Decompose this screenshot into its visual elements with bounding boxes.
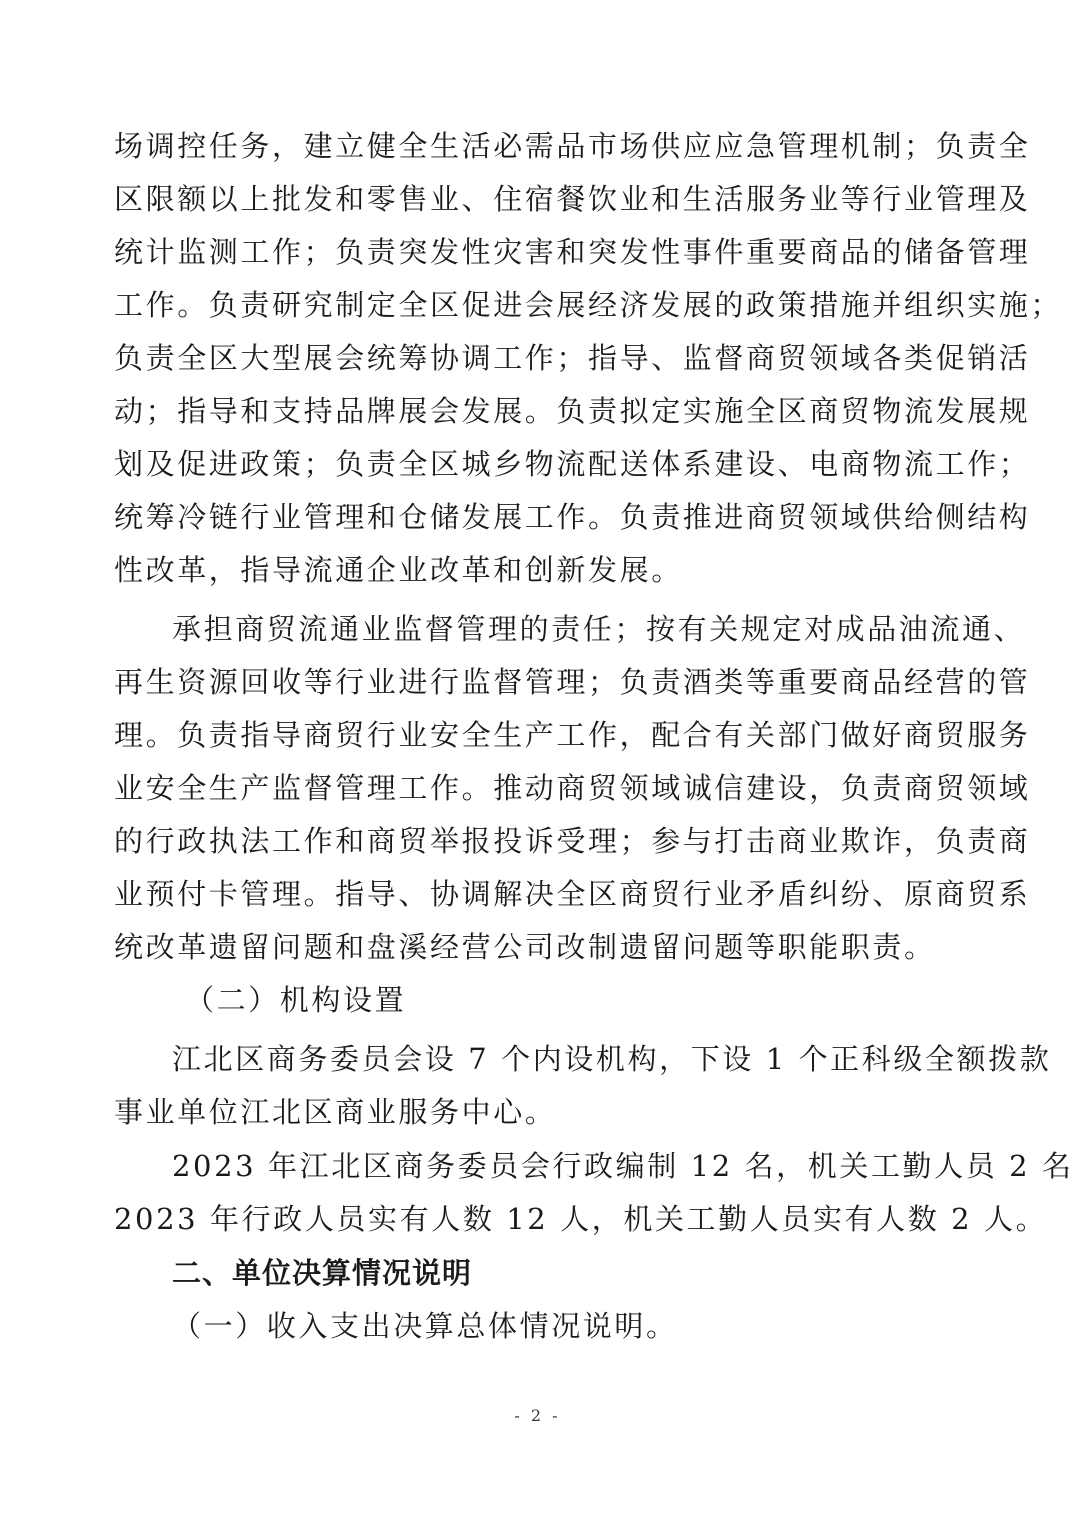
paragraph-line: 再生资源回收等行业进行监督管理；负责酒类等重要商品经营的管 <box>114 662 954 702</box>
paragraph-line: 业安全生产监督管理工作。推动商贸领域诚信建设，负责商贸领域 <box>114 768 954 808</box>
paragraph-line: 动；指导和支持品牌展会发展。负责拟定实施全区商贸物流发展规 <box>114 391 954 431</box>
paragraph-line: 理。负责指导商贸行业安全生产工作，配合有关部门做好商贸服务 <box>114 715 954 755</box>
paragraph-line: 划及促进政策；负责全区城乡物流配送体系建设、电商物流工作； <box>114 444 954 484</box>
paragraph-line: 性改革，指导流通企业改革和创新发展。 <box>114 550 954 590</box>
paragraph-line: 的行政执法工作和商贸举报投诉受理；参与打击商业欺诈，负责商 <box>114 821 954 861</box>
subsection-heading: （一）收入支出决算总体情况说明。 <box>172 1306 1012 1346</box>
paragraph-line: 承担商贸流通业监督管理的责任；按有关规定对成品油流通、 <box>172 609 1012 649</box>
paragraph-line: 区限额以上批发和零售业、住宿餐饮业和生活服务业等行业管理及 <box>114 179 954 219</box>
paragraph-line: 业预付卡管理。指导、协调解决全区商贸行业矛盾纠纷、原商贸系 <box>114 874 954 914</box>
paragraph-line: 江北区商务委员会设 7 个内设机构，下设 1 个正科级全额拨款 <box>172 1039 1012 1079</box>
section-heading: 二、单位决算情况说明 <box>172 1253 1012 1293</box>
document-page: 场调控任务，建立健全生活必需品市场供应应急管理机制；负责全区限额以上批发和零售业… <box>0 0 1075 1520</box>
paragraph-line: 统筹冷链行业管理和仓储发展工作。负责推进商贸领域供给侧结构 <box>114 497 954 537</box>
paragraph-line: 2023 年行政人员实有人数 12 人，机关工勤人员实有人数 2 人。 <box>114 1199 954 1239</box>
paragraph-line: 2023 年江北区商务委员会行政编制 12 名，机关工勤人员 2 名， <box>172 1146 1012 1186</box>
page-number: - 2 - <box>0 1406 1075 1425</box>
paragraph-line: 场调控任务，建立健全生活必需品市场供应应急管理机制；负责全 <box>114 126 954 166</box>
paragraph-line: 统计监测工作；负责突发性灾害和突发性事件重要商品的储备管理 <box>114 232 954 272</box>
paragraph-line: 负责全区大型展会统筹协调工作；指导、监督商贸领域各类促销活 <box>114 338 954 378</box>
section-heading-org: （二）机构设置 <box>185 980 1025 1020</box>
paragraph-line: 工作。负责研究制定全区促进会展经济发展的政策措施并组织实施； <box>114 285 954 325</box>
paragraph-line: 统改革遗留问题和盘溪经营公司改制遗留问题等职能职责。 <box>114 927 954 967</box>
paragraph-line: 事业单位江北区商业服务中心。 <box>114 1092 954 1132</box>
